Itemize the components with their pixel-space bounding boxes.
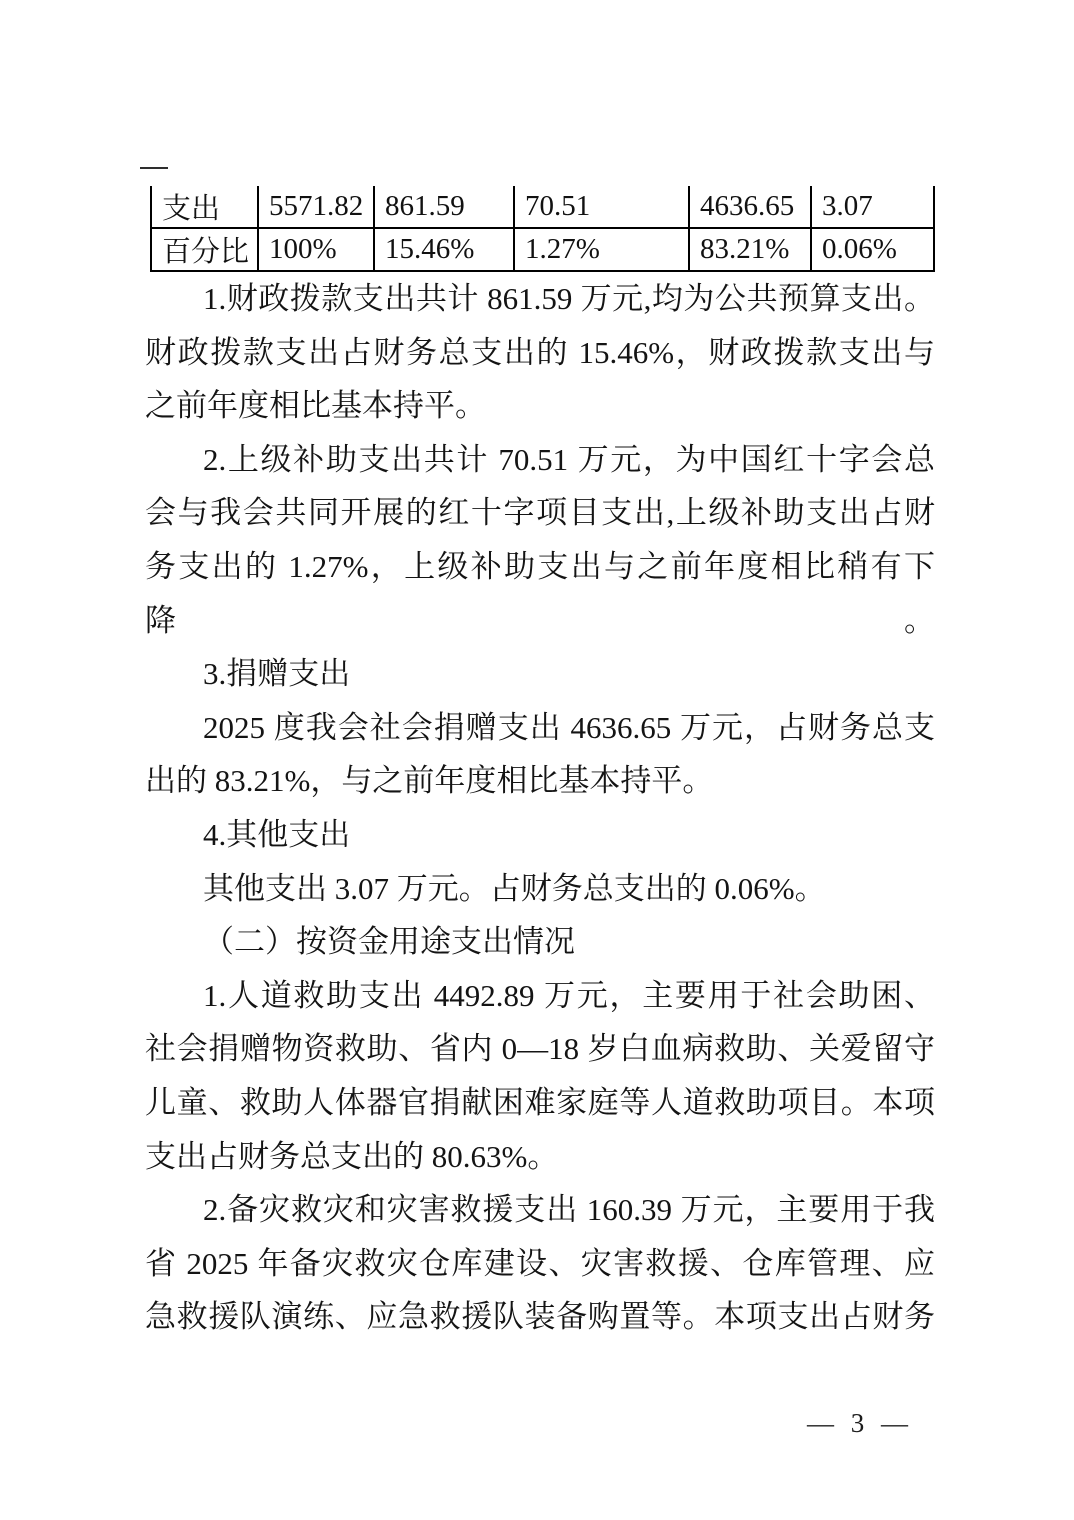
body-line: 出的 83.21%，与之前年度相比基本持平。 [145, 754, 935, 808]
body-line: 1.财政拨款支出共计 861.59 万元,均为公共预算支出。 [145, 272, 935, 326]
table-cell: 70.51 [514, 186, 689, 228]
body-line: 省 2025 年备灾救灾仓库建设、灾害救援、仓库管理、应 [145, 1237, 935, 1291]
body-line: 其他支出 3.07 万元。占财务总支出的 0.06%。 [145, 862, 935, 916]
table-cell: 百分比 [151, 228, 258, 271]
table-cutoff-fragment [140, 167, 168, 169]
table-cell: 83.21% [689, 228, 811, 271]
table-row-percentage: 百分比 100% 15.46% 1.27% 83.21% 0.06% [151, 228, 934, 271]
table-cell: 支出 [151, 186, 258, 228]
table-cell: 861.59 [374, 186, 514, 228]
body-line: 务支出的 1.27%，上级补助支出与之前年度相比稍有下降。 [145, 540, 935, 647]
body-line: 财政拨款支出占财务总支出的 15.46%，财政拨款支出与 [145, 326, 935, 380]
body-line: 社会捐赠物资救助、省内 0—18 岁白血病救助、关爱留守 [145, 1022, 935, 1076]
expenditure-table: 支出 5571.82 861.59 70.51 4636.65 3.07 百分比… [150, 186, 935, 272]
body-text-block: 1.财政拨款支出共计 861.59 万元,均为公共预算支出。 财政拨款支出占财务… [145, 272, 935, 1344]
body-line: 3.捐赠支出 [145, 647, 935, 701]
table-row-expenditure: 支出 5571.82 861.59 70.51 4636.65 3.07 [151, 186, 934, 228]
table-cell: 4636.65 [689, 186, 811, 228]
document-page: 支出 5571.82 861.59 70.51 4636.65 3.07 百分比… [0, 0, 1074, 1520]
table-cell: 0.06% [811, 228, 934, 271]
body-line: 儿童、救助人体器官捐献困难家庭等人道救助项目。本项 [145, 1076, 935, 1130]
table-cell: 15.46% [374, 228, 514, 271]
table-cell: 5571.82 [258, 186, 374, 228]
body-line: 2025 度我会社会捐赠支出 4636.65 万元，占财务总支 [145, 701, 935, 755]
body-line: 会与我会共同开展的红十字项目支出,上级补助支出占财 [145, 486, 935, 540]
body-line: 2.上级补助支出共计 70.51 万元，为中国红十字会总 [145, 433, 935, 487]
body-line: 支出占财务总支出的 80.63%。 [145, 1130, 935, 1184]
body-line: （二）按资金用途支出情况 [145, 915, 935, 969]
table-cell: 100% [258, 228, 374, 271]
body-line: 之前年度相比基本持平。 [145, 379, 935, 433]
page-number: — 3 — [795, 1408, 920, 1439]
body-line: 2.备灾救灾和灾害救援支出 160.39 万元，主要用于我 [145, 1183, 935, 1237]
body-line: 急救援队演练、应急救援队装备购置等。本项支出占财务 [145, 1290, 935, 1344]
table-cell: 1.27% [514, 228, 689, 271]
table-cell: 3.07 [811, 186, 934, 228]
body-line: 1.人道救助支出 4492.89 万元，主要用于社会助困、 [145, 969, 935, 1023]
body-line: 4.其他支出 [145, 808, 935, 862]
